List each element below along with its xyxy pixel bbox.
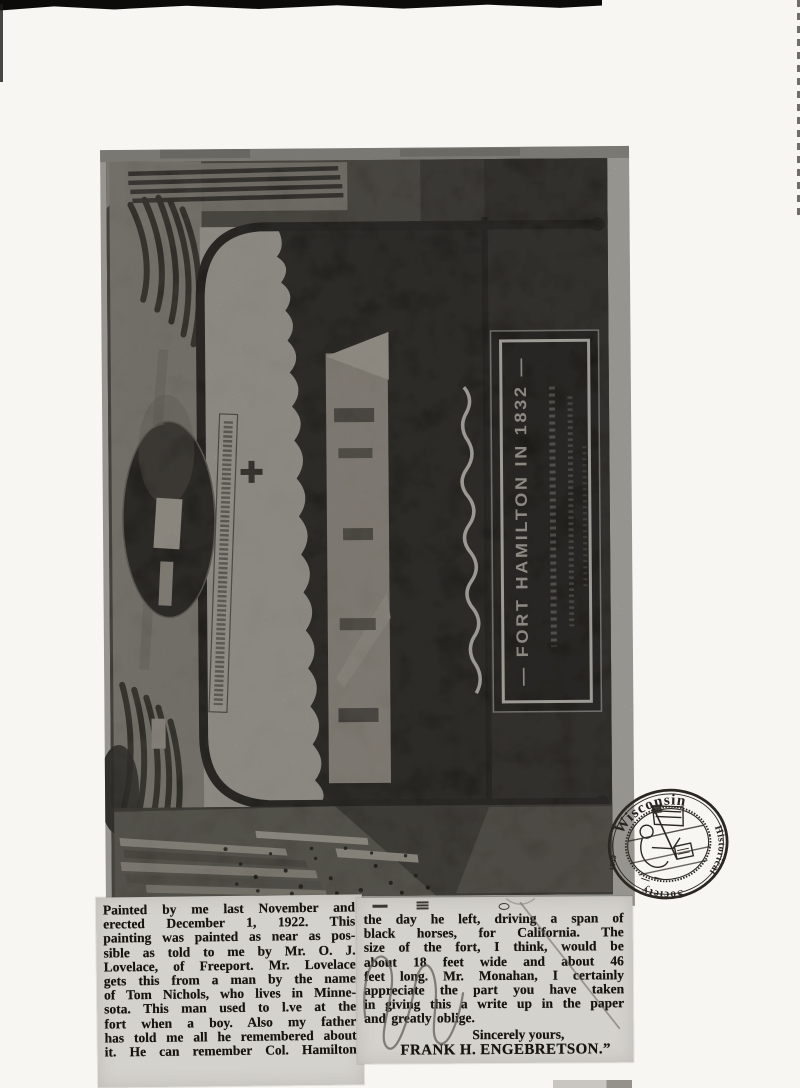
clipping-left-text: Painted by me last November anderected D…: [103, 900, 357, 1059]
wisconsin-historical-society-seal: Wisconsin Historical Society 1849: [596, 774, 744, 916]
quill: [671, 838, 682, 849]
fort-hamilton-painting-photo: — FORT HAMILTON IN 1832 —: [100, 146, 635, 910]
photo-content: — FORT HAMILTON IN 1832 —: [100, 146, 635, 910]
scan-edge-left: [0, 4, 3, 82]
seal-text-historical: Historical: [698, 824, 734, 878]
photo-artwork: — FORT HAMILTON IN 1832 —: [100, 146, 635, 910]
seal-year: 1849: [608, 855, 619, 872]
clipping-cut-marks: [371, 900, 591, 909]
clipping-column-right: the day he left, driving a span ofblack …: [356, 896, 633, 1064]
scanned-page: — FORT HAMILTON IN 1832 —: [0, 0, 800, 1088]
svg-text:Historical: Historical: [698, 824, 734, 878]
signature-line: FRANK H. ENGEBRETSON.”: [364, 1041, 624, 1059]
figure-body: [638, 834, 668, 870]
scan-edge-top: [0, 0, 602, 11]
scan-artifact-bottom-right: [553, 1080, 632, 1088]
clipping-right-text: the day he left, driving a span ofblack …: [364, 911, 625, 1026]
clipping-column-left: Painted by me last November anderected D…: [96, 894, 364, 1087]
closing-line: Sincerely yours,: [364, 1026, 624, 1043]
